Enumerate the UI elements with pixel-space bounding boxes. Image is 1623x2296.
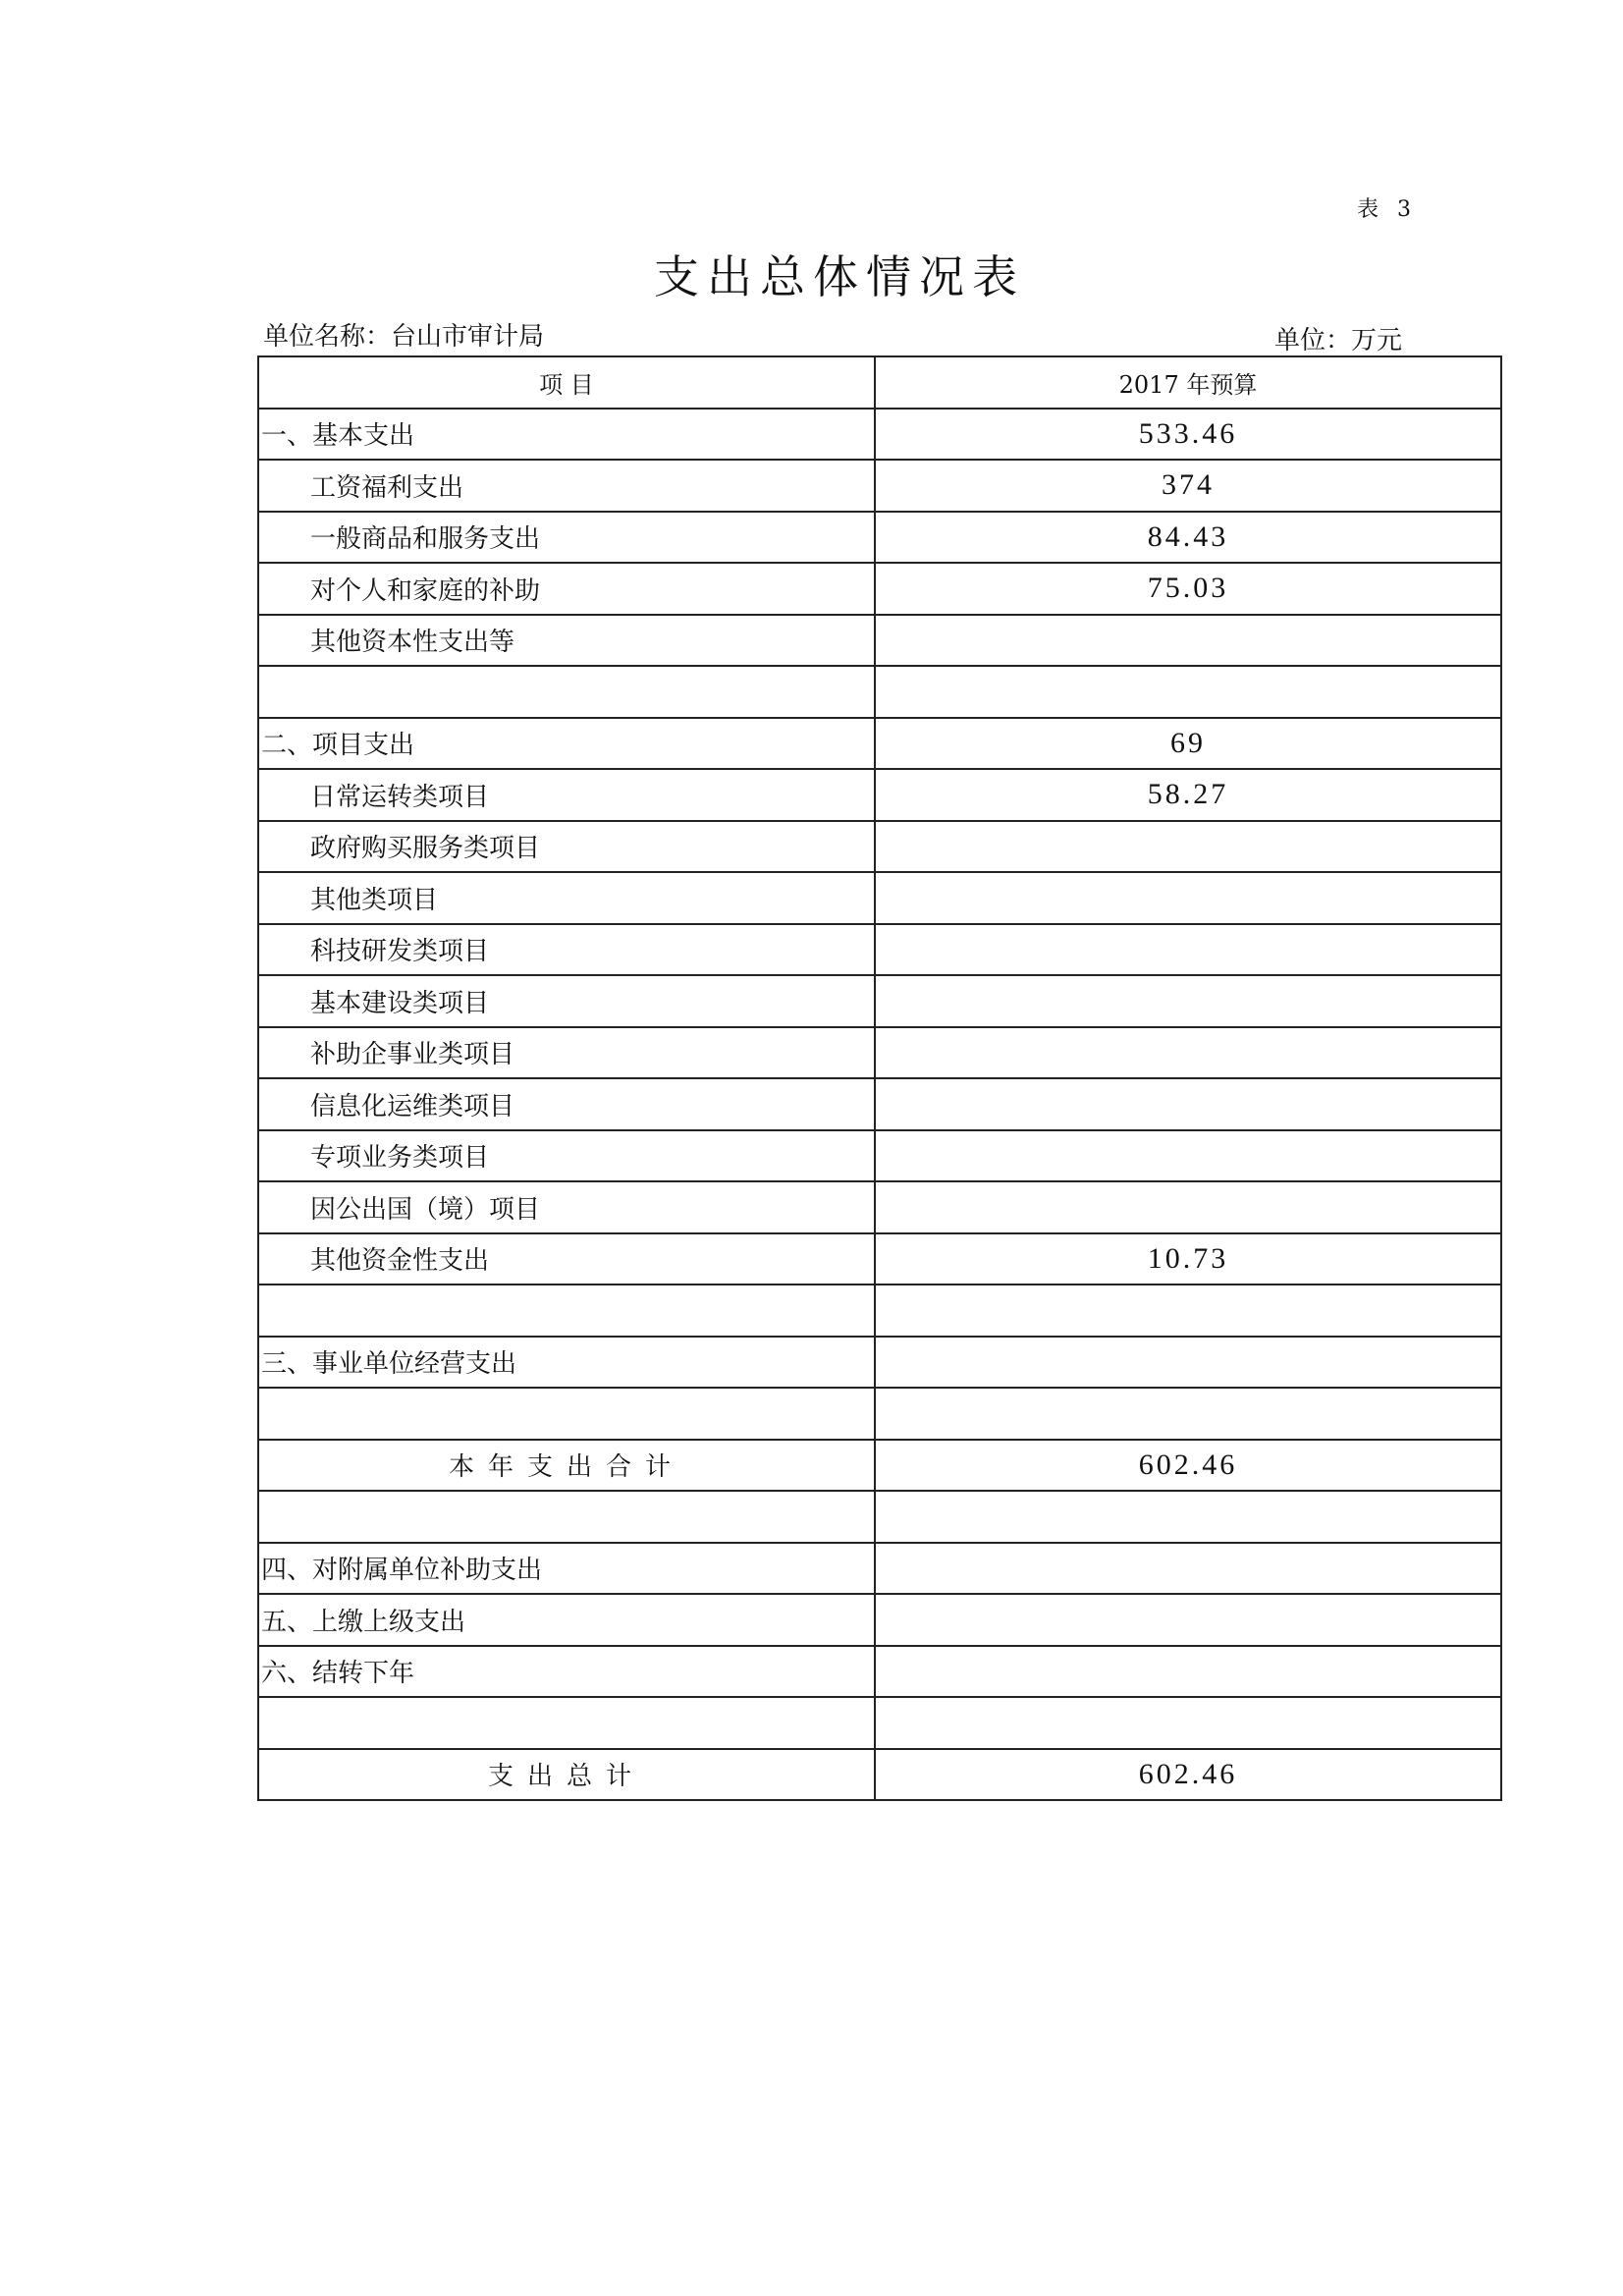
table-row: 其他资本性支出等 [258, 615, 1501, 667]
table-header-row: 项 目 2017 年预算 [258, 356, 1501, 409]
row-budget-value [875, 1594, 1501, 1646]
row-budget-value: 58.27 [875, 769, 1501, 821]
row-budget-value [875, 975, 1501, 1027]
table-row [258, 1697, 1501, 1749]
row-budget-value [875, 1543, 1501, 1595]
row-item-label [258, 1285, 875, 1337]
row-item-label: 二、项目支出 [258, 718, 875, 770]
row-budget-value: 602.46 [875, 1440, 1501, 1492]
row-budget-value: 374 [875, 460, 1501, 512]
row-item-label [258, 1388, 875, 1440]
table-row: 其他资金性支出10.73 [258, 1233, 1501, 1285]
row-item-label: 对个人和家庭的补助 [258, 563, 875, 615]
row-budget-value [875, 1027, 1501, 1079]
row-budget-value [875, 1285, 1501, 1337]
row-item-label [258, 1697, 875, 1749]
row-item-label: 支出总计 [258, 1749, 875, 1801]
table-row: 六、结转下年 [258, 1646, 1501, 1698]
header-item: 项 目 [258, 356, 875, 409]
row-item-label: 一、基本支出 [258, 409, 875, 461]
table-row: 科技研发类项目 [258, 924, 1501, 976]
header-budget-2017: 2017 年预算 [875, 356, 1501, 409]
row-budget-value [875, 1646, 1501, 1698]
row-item-label [258, 666, 875, 718]
table-row: 四、对附属单位补助支出 [258, 1543, 1501, 1595]
expenditure-table: 项 目 2017 年预算 一、基本支出533.46工资福利支出374一般商品和服… [257, 355, 1502, 1801]
row-budget-value [875, 872, 1501, 924]
unit-name-label: 单位名称：台山市审计局 [263, 316, 544, 353]
row-item-label: 其他类项目 [258, 872, 875, 924]
row-item-label: 补助企事业类项目 [258, 1027, 875, 1079]
row-budget-value [875, 666, 1501, 718]
row-budget-value: 69 [875, 718, 1501, 770]
row-budget-value [875, 1181, 1501, 1233]
row-budget-value [875, 1697, 1501, 1749]
row-item-label: 五、上缴上级支出 [258, 1594, 875, 1646]
table-row: 支出总计602.46 [258, 1749, 1501, 1801]
table-row: 日常运转类项目58.27 [258, 769, 1501, 821]
table-tag: 表 3 [1357, 192, 1417, 223]
table-row: 一般商品和服务支出84.43 [258, 512, 1501, 564]
table-row: 工资福利支出374 [258, 460, 1501, 512]
row-budget-value [875, 1491, 1501, 1543]
table-row: 二、项目支出69 [258, 718, 1501, 770]
table-row [258, 1388, 1501, 1440]
table-row: 专项业务类项目 [258, 1130, 1501, 1182]
row-item-label: 四、对附属单位补助支出 [258, 1543, 875, 1595]
table-row: 对个人和家庭的补助75.03 [258, 563, 1501, 615]
row-item-label: 一般商品和服务支出 [258, 512, 875, 564]
row-item-label: 工资福利支出 [258, 460, 875, 512]
table-row: 政府购买服务类项目 [258, 821, 1501, 873]
row-item-label: 科技研发类项目 [258, 924, 875, 976]
row-item-label: 专项业务类项目 [258, 1130, 875, 1182]
table-row [258, 1491, 1501, 1543]
table-row: 其他类项目 [258, 872, 1501, 924]
row-item-label: 六、结转下年 [258, 1646, 875, 1698]
row-item-label: 日常运转类项目 [258, 769, 875, 821]
row-item-label: 因公出国（境）项目 [258, 1181, 875, 1233]
row-item-label: 本年支出合计 [258, 1440, 875, 1492]
table-row: 因公出国（境）项目 [258, 1181, 1501, 1233]
table-row: 基本建设类项目 [258, 975, 1501, 1027]
table-row: 信息化运维类项目 [258, 1078, 1501, 1130]
row-item-label: 基本建设类项目 [258, 975, 875, 1027]
row-budget-value: 75.03 [875, 563, 1501, 615]
currency-unit-label: 单位：万元 [1274, 320, 1402, 356]
row-item-label: 其他资金性支出 [258, 1233, 875, 1285]
row-item-label: 三、事业单位经营支出 [258, 1337, 875, 1389]
row-budget-value [875, 1078, 1501, 1130]
row-item-label [258, 1491, 875, 1543]
table-row: 一、基本支出533.46 [258, 409, 1501, 461]
row-budget-value: 533.46 [875, 409, 1501, 461]
table-row: 补助企事业类项目 [258, 1027, 1501, 1079]
row-budget-value: 602.46 [875, 1749, 1501, 1801]
row-item-label: 政府购买服务类项目 [258, 821, 875, 873]
row-budget-value [875, 1388, 1501, 1440]
row-budget-value: 84.43 [875, 512, 1501, 564]
row-budget-value [875, 1337, 1501, 1389]
table-row [258, 666, 1501, 718]
table-row: 本年支出合计602.46 [258, 1440, 1501, 1492]
table-row: 三、事业单位经营支出 [258, 1337, 1501, 1389]
table-row: 五、上缴上级支出 [258, 1594, 1501, 1646]
row-budget-value [875, 1130, 1501, 1182]
table-row [258, 1285, 1501, 1337]
row-item-label: 其他资本性支出等 [258, 615, 875, 667]
row-item-label: 信息化运维类项目 [258, 1078, 875, 1130]
row-budget-value [875, 924, 1501, 976]
row-budget-value [875, 615, 1501, 667]
row-budget-value [875, 821, 1501, 873]
row-budget-value: 10.73 [875, 1233, 1501, 1285]
page-title: 支出总体情况表 [0, 242, 1623, 306]
